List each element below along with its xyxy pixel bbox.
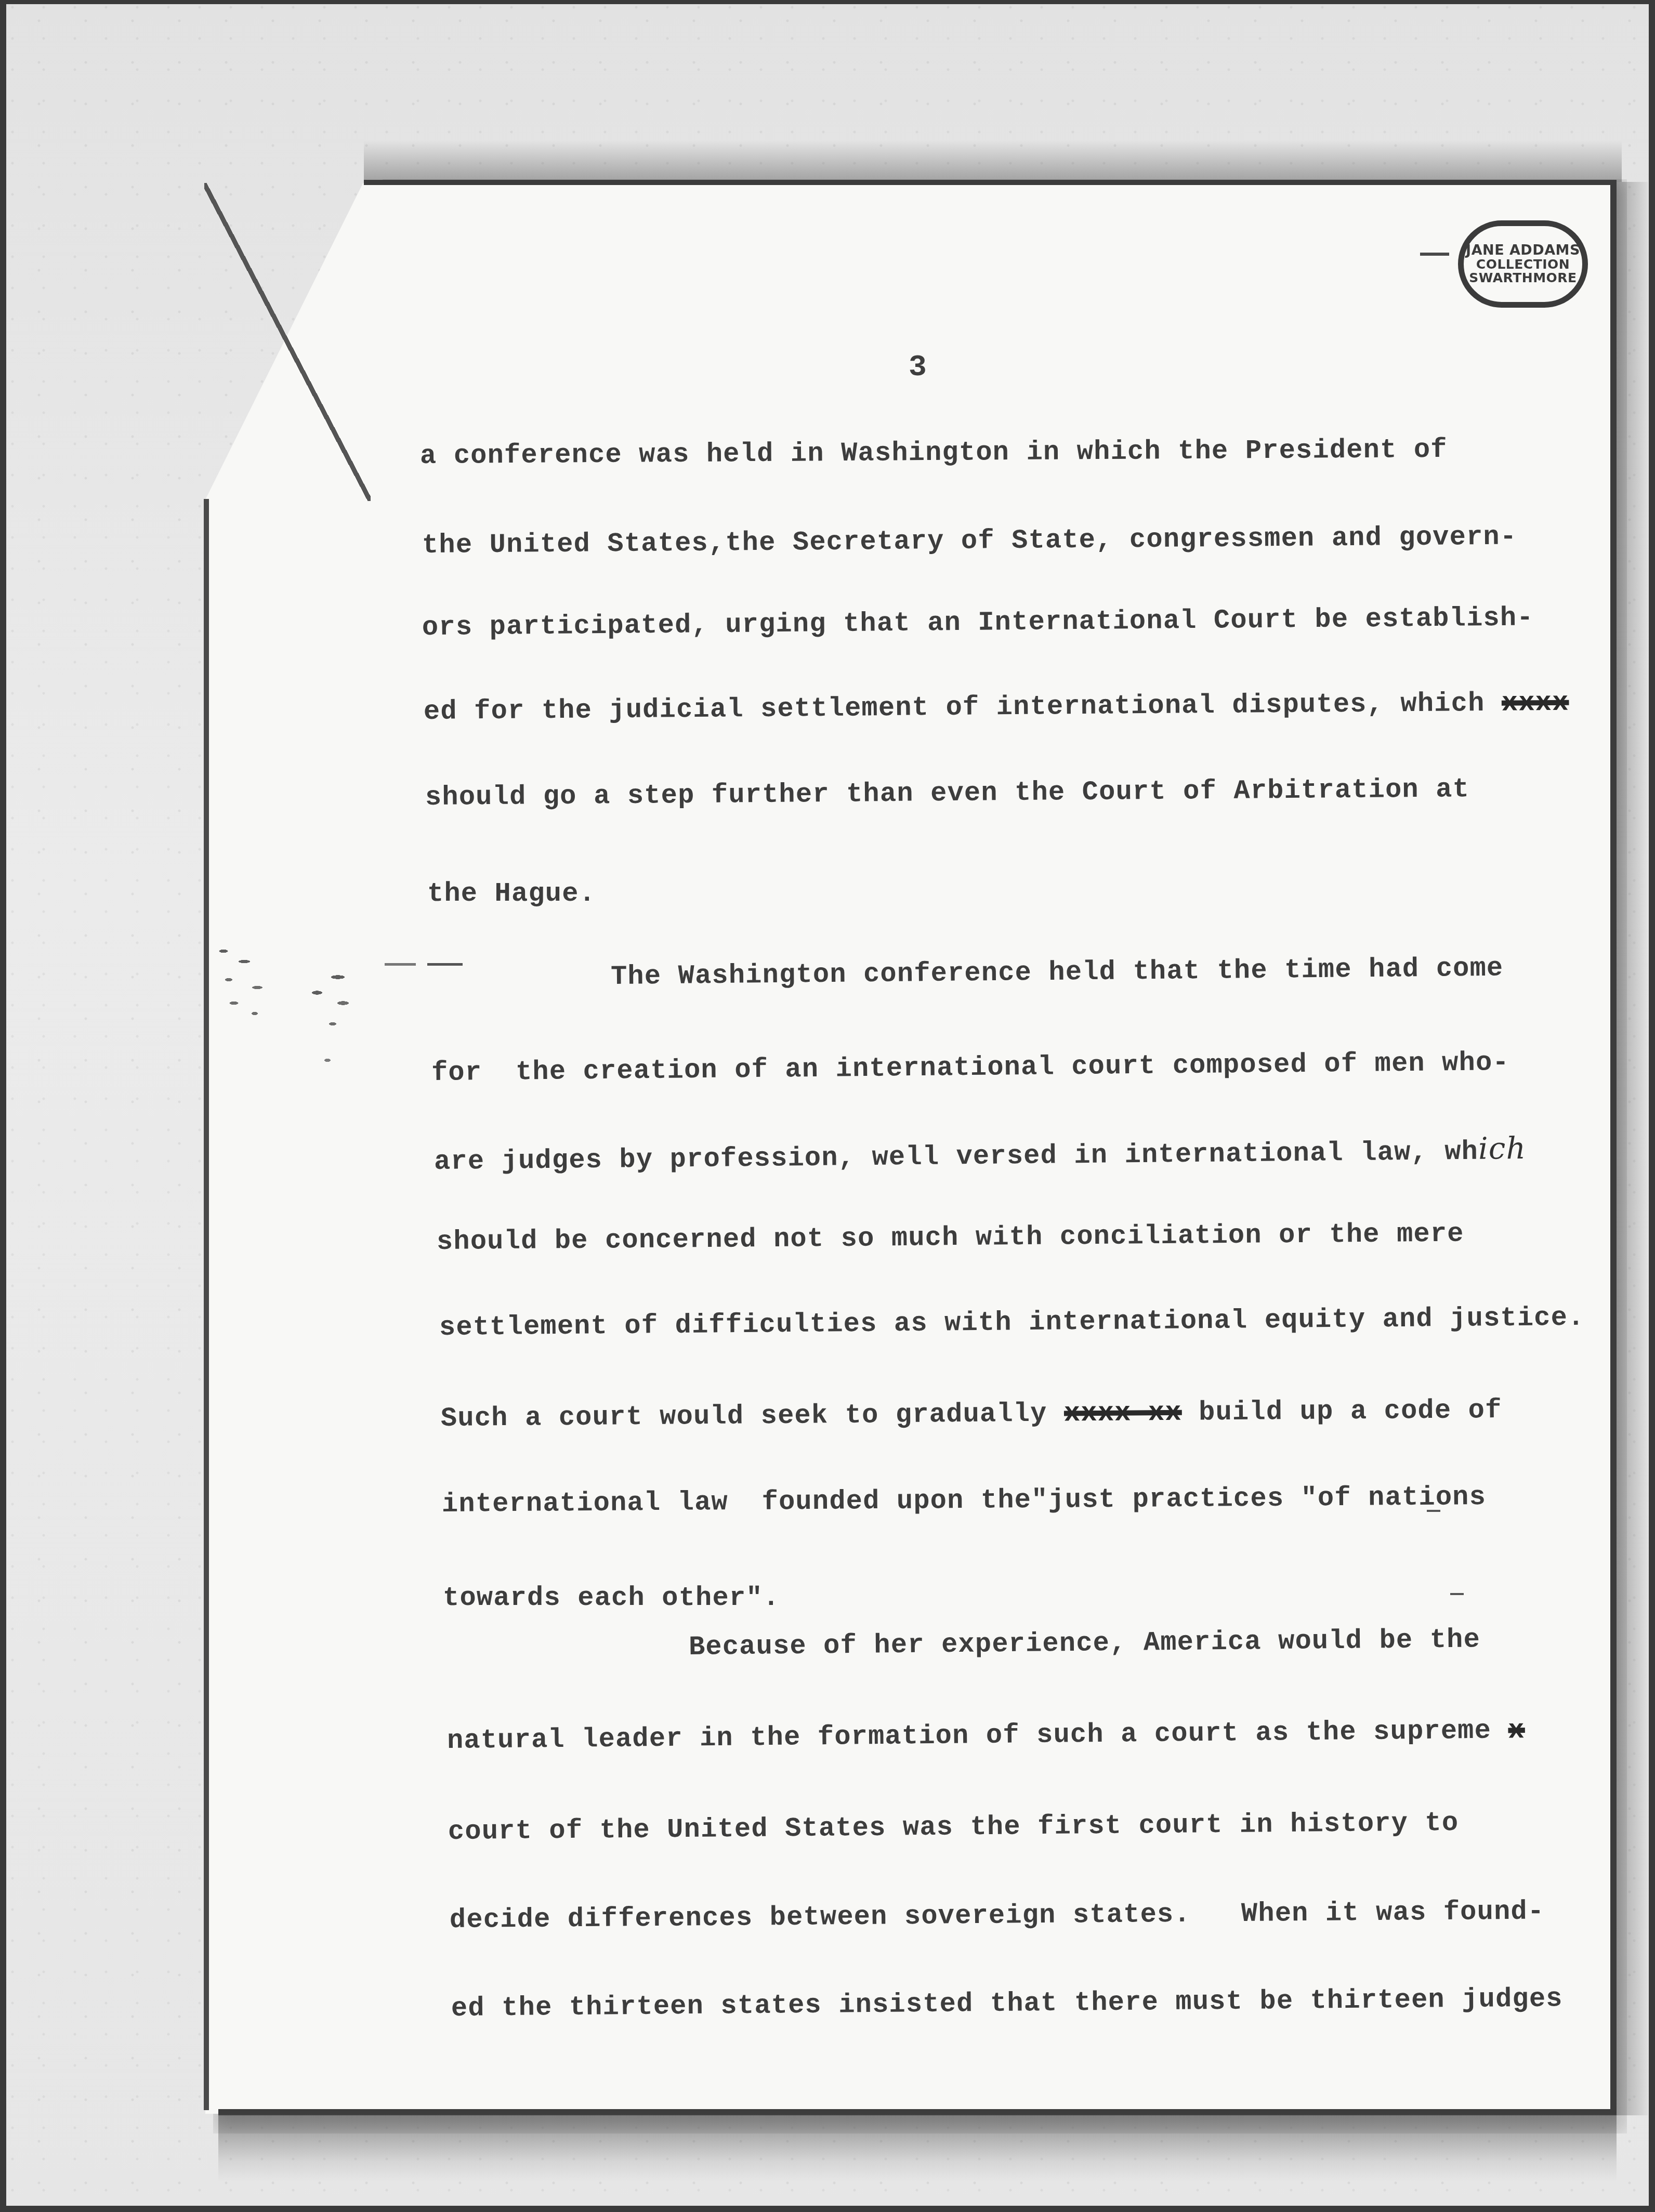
struck-text: x bbox=[1508, 1715, 1525, 1746]
text-line: Such a court would seek to gradually xxx… bbox=[441, 1395, 1502, 1434]
text-line: a conference was held in Washington in w… bbox=[420, 434, 1448, 471]
text-line-indented: Because of her experience, America would… bbox=[689, 1624, 1481, 1663]
text-line: natural leader in the formation of such … bbox=[447, 1715, 1525, 1756]
text-segment: natural leader in the formation of such … bbox=[447, 1715, 1508, 1756]
text-segment: are judges by profession, well versed in… bbox=[434, 1137, 1479, 1177]
document-body: a conference was held in Washington in w… bbox=[0, 0, 1655, 2212]
text-line: decide differences between sovereign sta… bbox=[450, 1896, 1545, 1935]
text-line: international law founded upon the"just … bbox=[442, 1482, 1486, 1520]
text-line: settlement of difficulties as with inter… bbox=[439, 1302, 1585, 1343]
handwritten-correction: ich bbox=[1478, 1130, 1527, 1166]
struck-text: xxxx bbox=[1502, 688, 1569, 719]
text-line: are judges by profession, well versed in… bbox=[434, 1130, 1527, 1177]
text-line: towards each other". bbox=[443, 1583, 780, 1613]
text-line: should be concerned not so much with con… bbox=[437, 1218, 1464, 1257]
text-line: ed for the judicial settlement of intern… bbox=[424, 688, 1569, 727]
text-line: the United States,the Secretary of State… bbox=[422, 521, 1517, 561]
text-line: for the creation of an international cou… bbox=[431, 1047, 1509, 1088]
text-segment: ed for the judicial settlement of intern… bbox=[424, 688, 1502, 727]
text-line: court of the United States was the first… bbox=[448, 1808, 1459, 1847]
struck-text: xxxx xx bbox=[1064, 1398, 1182, 1429]
text-line: should go a step further than even the C… bbox=[425, 774, 1470, 813]
text-line: ors participated, urging that an Interna… bbox=[422, 602, 1534, 643]
text-segment: Such a court would seek to gradually bbox=[441, 1399, 1064, 1434]
text-line-indented: The Washington conference held that the … bbox=[611, 953, 1504, 992]
text-line: the Hague. bbox=[427, 878, 596, 909]
text-segment: build up a code of bbox=[1182, 1395, 1502, 1428]
text-line: ed the thirteen states insisted that the… bbox=[451, 1983, 1563, 2024]
